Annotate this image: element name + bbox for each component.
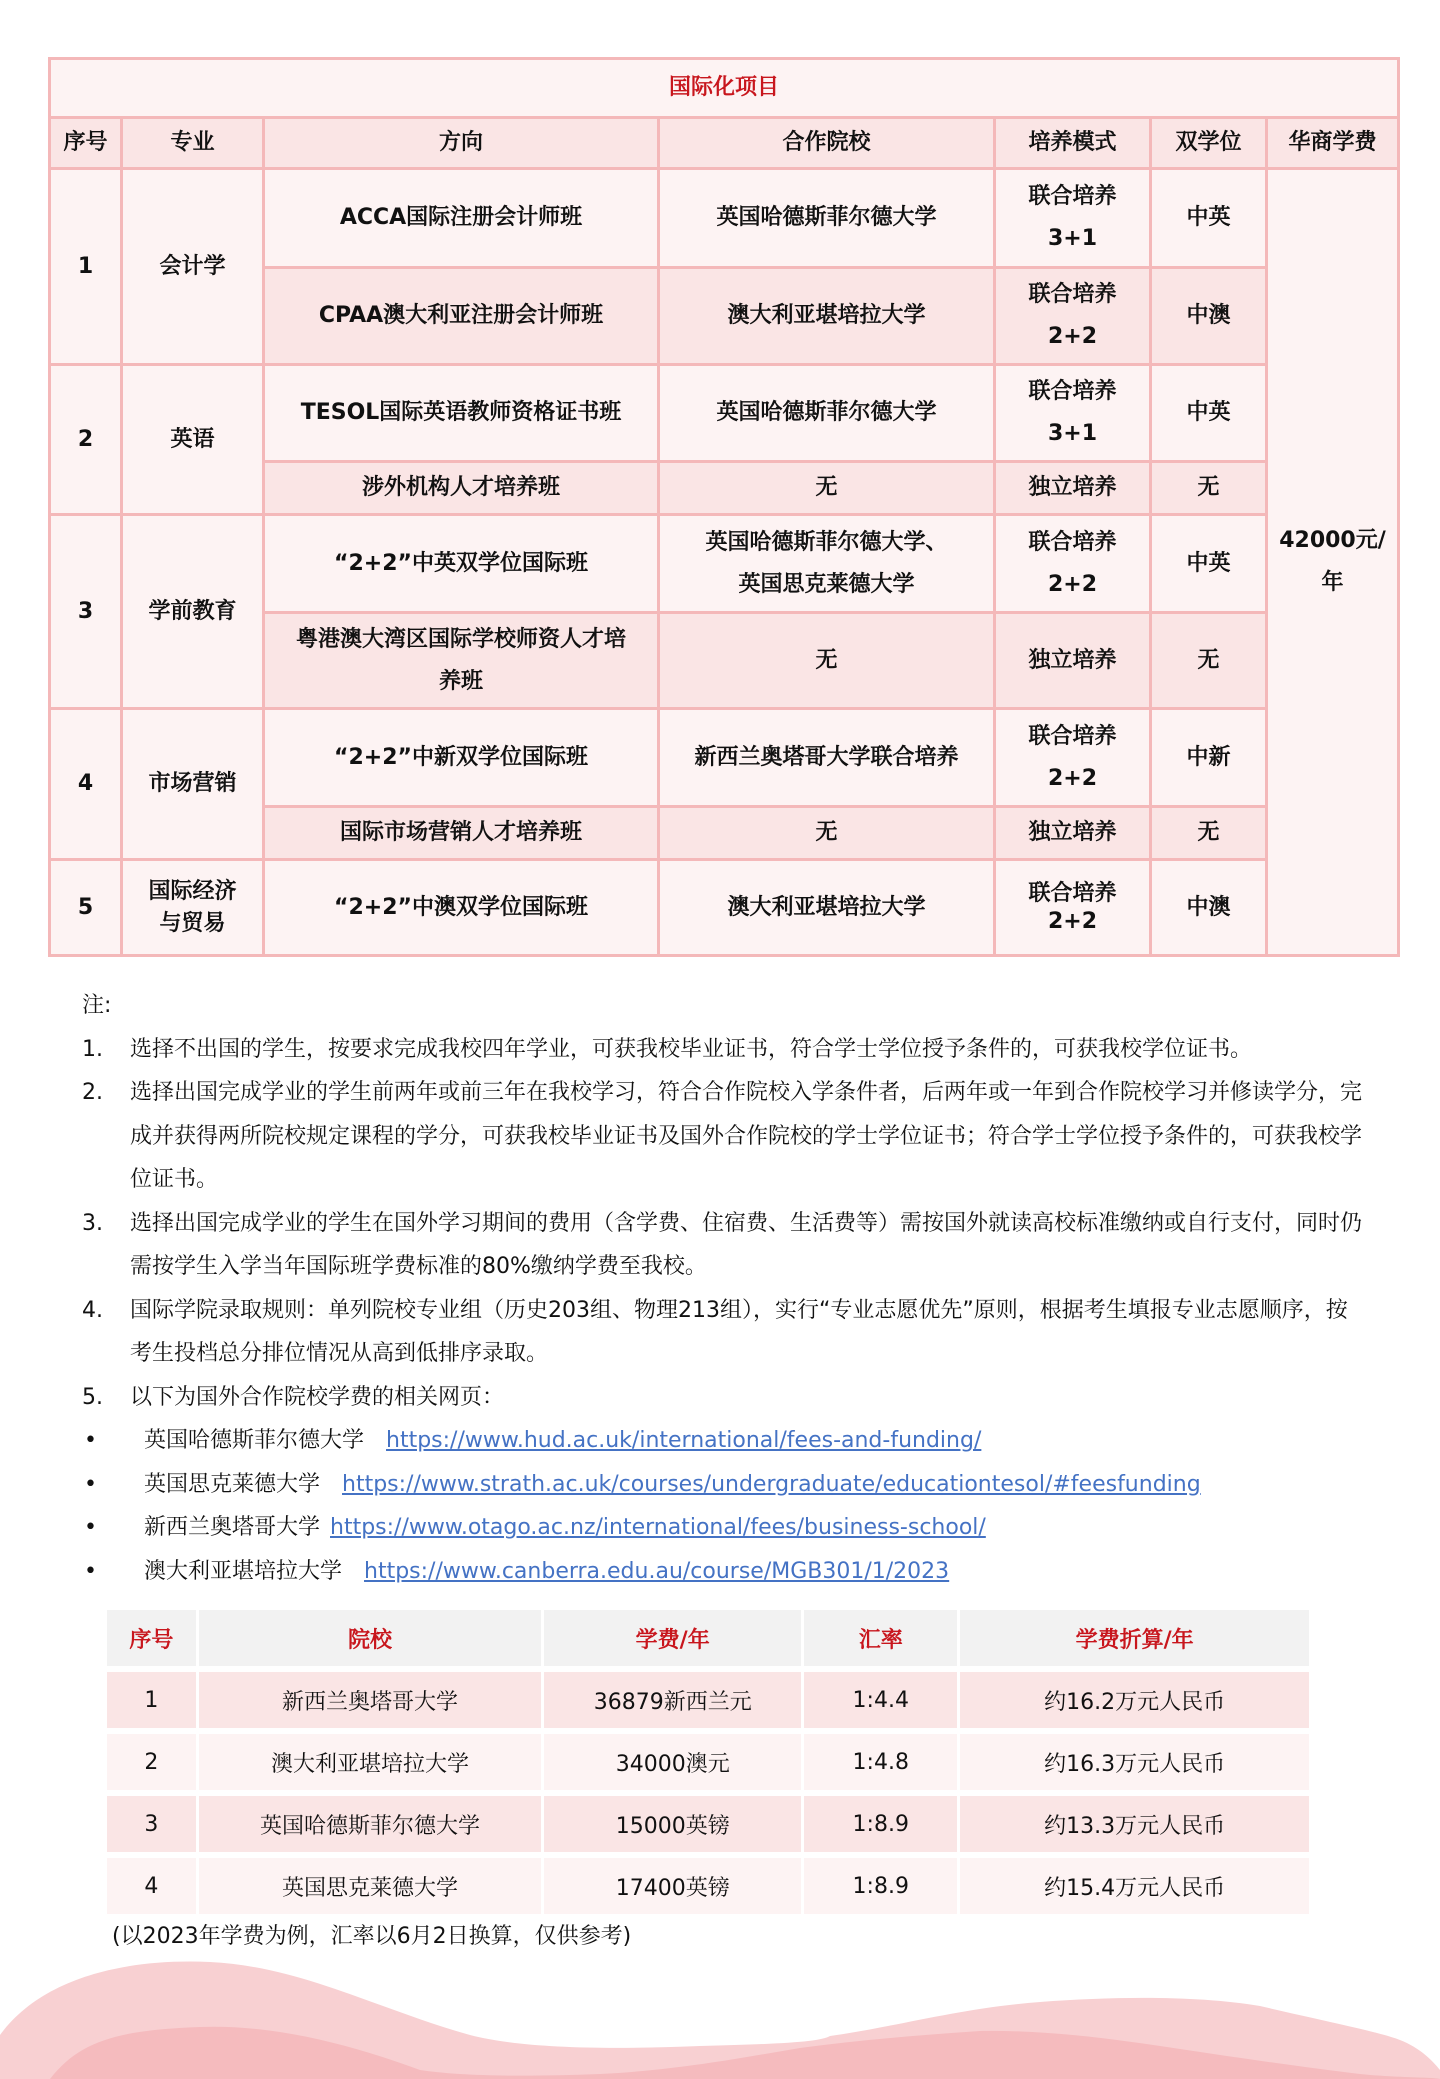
fee-table-row: 1 新西兰奥塔哥大学 36879新西兰元 1:4.4 约16.2万元人民币 <box>107 1672 1309 1728</box>
fee-table-row: 2 澳大利亚堪培拉大学 34000澳元 1:4.8 约16.3万元人民币 <box>107 1734 1309 1790</box>
row-double-degree: 中澳 <box>1151 268 1267 365</box>
row-double-degree: 中澳 <box>1151 860 1267 956</box>
fee-rate: 1:4.8 <box>804 1734 957 1790</box>
fee-converted: 约16.2万元人民币 <box>960 1672 1309 1728</box>
row-partner: 英国哈德斯菲尔德大学 <box>659 365 995 462</box>
fee-index: 3 <box>107 1796 196 1852</box>
bullet-icon: • <box>82 1506 144 1550</box>
fee-amount: 36879新西兰元 <box>544 1672 801 1728</box>
fee-table-header-row: 序号 院校 学费/年 汇率 学费折算/年 <box>107 1610 1309 1666</box>
fee-amount: 34000澳元 <box>544 1734 801 1790</box>
row-direction: TESOL国际英语教师资格证书班 <box>264 365 659 462</box>
fee-school: 新西兰奥塔哥大学 <box>199 1672 542 1728</box>
row-index: 4 <box>50 709 122 860</box>
fee-school: 英国哈德斯菲尔德大学 <box>199 1796 542 1852</box>
row-mode: 联合培养3+1 <box>995 365 1151 462</box>
row-mode: 联合培养3+1 <box>995 169 1151 268</box>
row-double-degree: 无 <box>1151 613 1267 709</box>
row-partner: 英国哈德斯菲尔德大学 <box>659 169 995 268</box>
row-partner: 无 <box>659 807 995 860</box>
row-partner: 无 <box>659 462 995 515</box>
fee-index: 2 <box>107 1734 196 1790</box>
col-header-index: 序号 <box>50 118 122 169</box>
fee-amount: 15000英镑 <box>544 1796 801 1852</box>
row-major: 国际经济与贸易 <box>122 860 264 956</box>
row-double-degree: 中新 <box>1151 709 1267 807</box>
bullet-icon: • <box>82 1550 144 1594</box>
fee-index: 1 <box>107 1672 196 1728</box>
row-index: 5 <box>50 860 122 956</box>
fee-link-huddersfield[interactable]: https://www.hud.ac.uk/international/fees… <box>386 1419 981 1463</box>
col-header-mode: 培养模式 <box>995 118 1151 169</box>
row-index: 1 <box>50 169 122 365</box>
row-partner: 新西兰奥塔哥大学联合培养 <box>659 709 995 807</box>
fee-rate: 1:8.9 <box>804 1858 957 1914</box>
row-double-degree: 无 <box>1151 462 1267 515</box>
bullet-icon: • <box>82 1463 144 1507</box>
fee-link-item: • 新西兰奥塔哥大学 https://www.otago.ac.nz/inter… <box>82 1506 1362 1550</box>
row-double-degree: 无 <box>1151 807 1267 860</box>
row-major: 会计学 <box>122 169 264 365</box>
note-item: 4. 国际学院录取规则：单列院校专业组（历史203组、物理213组），实行“专业… <box>82 1289 1362 1376</box>
col-header-tuition: 华商学费 <box>1267 118 1399 169</box>
row-partner: 英国哈德斯菲尔德大学、英国思克莱德大学 <box>659 515 995 613</box>
link-label: 新西兰奥塔哥大学 <box>144 1506 320 1550</box>
row-mode: 独立培养 <box>995 807 1151 860</box>
table-row: 3 学前教育 “2+2”中英双学位国际班 英国哈德斯菲尔德大学、英国思克莱德大学… <box>50 515 1399 613</box>
notes-heading: 注: <box>82 984 1362 1028</box>
row-direction: CPAA澳大利亚注册会计师班 <box>264 268 659 365</box>
link-label: 澳大利亚堪培拉大学 <box>144 1550 342 1594</box>
col-header-partner: 合作院校 <box>659 118 995 169</box>
row-direction: 粤港澳大湾区国际学校师资人才培养班 <box>264 613 659 709</box>
table-row: 5 国际经济与贸易 “2+2”中澳双学位国际班 澳大利亚堪培拉大学 联合培养2+… <box>50 860 1399 956</box>
col-header-major: 专业 <box>122 118 264 169</box>
note-item: 1. 选择不出国的学生，按要求完成我校四年学业，可获我校毕业证书，符合学士学位授… <box>82 1028 1362 1072</box>
fee-table-row: 4 英国思克莱德大学 17400英镑 1:8.9 约15.4万元人民币 <box>107 1858 1309 1914</box>
note-item: 3. 选择出国完成学业的学生在国外学习期间的费用（含学费、住宿费、生活费等）需按… <box>82 1202 1362 1289</box>
row-partner: 无 <box>659 613 995 709</box>
fee-rate: 1:8.9 <box>804 1796 957 1852</box>
table-row: 2 英语 TESOL国际英语教师资格证书班 英国哈德斯菲尔德大学 联合培养3+1… <box>50 365 1399 462</box>
fee-index: 4 <box>107 1858 196 1914</box>
table-header-row: 序号 专业 方向 合作院校 培养模式 双学位 华商学费 <box>50 118 1399 169</box>
fee-col-index: 序号 <box>107 1610 196 1666</box>
row-direction: “2+2”中英双学位国际班 <box>264 515 659 613</box>
row-partner: 澳大利亚堪培拉大学 <box>659 860 995 956</box>
fee-school: 英国思克莱德大学 <box>199 1858 542 1914</box>
fee-link-item: • 英国思克莱德大学 https://www.strath.ac.uk/cour… <box>82 1463 1362 1507</box>
row-double-degree: 中英 <box>1151 169 1267 268</box>
row-major: 学前教育 <box>122 515 264 709</box>
col-header-direction: 方向 <box>264 118 659 169</box>
fee-link-otago[interactable]: https://www.otago.ac.nz/international/fe… <box>330 1506 986 1550</box>
row-mode: 独立培养 <box>995 613 1151 709</box>
table-row: 4 市场营销 “2+2”中新双学位国际班 新西兰奥塔哥大学联合培养 联合培养2+… <box>50 709 1399 807</box>
fee-col-converted: 学费折算/年 <box>960 1610 1309 1666</box>
link-label: 英国哈德斯菲尔德大学 <box>144 1419 364 1463</box>
fee-link-canberra[interactable]: https://www.canberra.edu.au/course/MGB30… <box>364 1550 949 1594</box>
international-programs-table: 国际化项目 序号 专业 方向 合作院校 培养模式 双学位 华商学费 1 会计学 … <box>48 57 1400 957</box>
row-major: 英语 <box>122 365 264 515</box>
row-major: 市场营销 <box>122 709 264 860</box>
fee-col-rate: 汇率 <box>804 1610 957 1666</box>
row-mode: 独立培养 <box>995 462 1151 515</box>
decorative-wave-footer <box>0 1940 1440 2079</box>
row-direction: “2+2”中新双学位国际班 <box>264 709 659 807</box>
fee-link-strathclyde[interactable]: https://www.strath.ac.uk/courses/undergr… <box>342 1463 1201 1507</box>
link-label: 英国思克莱德大学 <box>144 1463 320 1507</box>
col-header-double-degree: 双学位 <box>1151 118 1267 169</box>
fee-rate: 1:4.4 <box>804 1672 957 1728</box>
tuition-cell: 42000元/年 <box>1267 169 1399 956</box>
row-mode: 联合培养2+2 <box>995 515 1151 613</box>
tuition-comparison-table: 序号 院校 学费/年 汇率 学费折算/年 1 新西兰奥塔哥大学 36879新西兰… <box>104 1604 1312 1920</box>
fee-link-item: • 英国哈德斯菲尔德大学 https://www.hud.ac.uk/inter… <box>82 1419 1362 1463</box>
fee-converted: 约16.3万元人民币 <box>960 1734 1309 1790</box>
fee-col-school: 院校 <box>199 1610 542 1666</box>
row-direction: “2+2”中澳双学位国际班 <box>264 860 659 956</box>
note-item: 5. 以下为国外合作院校学费的相关网页： <box>82 1376 1362 1420</box>
note-item: 2. 选择出国完成学业的学生前两年或前三年在我校学习，符合合作院校入学条件者，后… <box>82 1071 1362 1202</box>
row-partner: 澳大利亚堪培拉大学 <box>659 268 995 365</box>
row-double-degree: 中英 <box>1151 515 1267 613</box>
row-direction: 国际市场营销人才培养班 <box>264 807 659 860</box>
fee-amount: 17400英镑 <box>544 1858 801 1914</box>
row-mode: 联合培养2+2 <box>995 709 1151 807</box>
row-mode: 联合培养2+2 <box>995 860 1151 956</box>
row-direction: 涉外机构人才培养班 <box>264 462 659 515</box>
fee-table-row: 3 英国哈德斯菲尔德大学 15000英镑 1:8.9 约13.3万元人民币 <box>107 1796 1309 1852</box>
row-index: 2 <box>50 365 122 515</box>
fee-col-fee: 学费/年 <box>544 1610 801 1666</box>
table-title: 国际化项目 <box>50 59 1399 118</box>
row-index: 3 <box>50 515 122 709</box>
table-row: 1 会计学 ACCA国际注册会计师班 英国哈德斯菲尔德大学 联合培养3+1 中英… <box>50 169 1399 268</box>
fee-link-item: • 澳大利亚堪培拉大学 https://www.canberra.edu.au/… <box>82 1550 1362 1594</box>
fee-converted: 约13.3万元人民币 <box>960 1796 1309 1852</box>
fee-converted: 约15.4万元人民币 <box>960 1858 1309 1914</box>
row-direction: ACCA国际注册会计师班 <box>264 169 659 268</box>
row-mode: 联合培养2+2 <box>995 268 1151 365</box>
fee-school: 澳大利亚堪培拉大学 <box>199 1734 542 1790</box>
notes-section: 注: 1. 选择不出国的学生，按要求完成我校四年学业，可获我校毕业证书，符合学士… <box>82 984 1362 1593</box>
row-double-degree: 中英 <box>1151 365 1267 462</box>
bullet-icon: • <box>82 1419 144 1463</box>
